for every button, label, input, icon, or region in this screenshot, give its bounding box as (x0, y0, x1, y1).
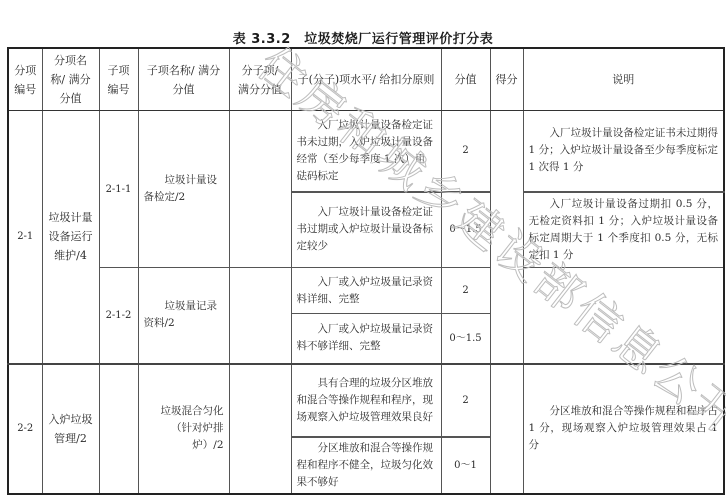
criterion-cell: 分区堆放和混合等操作规程和程序不健全，垃圾匀化效果不够好 (291, 437, 441, 494)
score-value: 2 (441, 268, 490, 314)
header-score-value: 分值 (441, 48, 490, 111)
score-value: 2 (441, 364, 490, 437)
criterion-cell: 入厂或入炉垃圾量记录资料不够详细、完整 (291, 314, 441, 364)
header-item-number: 分项 编号 (8, 48, 42, 111)
subitem-name: 垃圾量记录资料/2 (138, 268, 229, 364)
criterion-cell: 具有合理的垃圾分区堆放和混合等操作规程和程序，现场观察入炉垃圾管理效果良好 (291, 364, 441, 437)
score-value: 2 (441, 111, 490, 192)
sub-subitem-cell (229, 268, 291, 364)
header-subitem-number: 子项 编号 (99, 48, 138, 111)
obtained-score-cell[interactable] (490, 364, 523, 494)
header-item-name: 分项名称/ 满分分值 (42, 48, 99, 111)
table-row: 2-1-2 垃圾量记录资料/2 入厂或入炉垃圾量记录资料详细、完整 2 (8, 268, 724, 314)
description-cell: 分区堆放和混合等操作规程和程序占 1 分，现场观察入炉垃圾管理效果占 1 分 (523, 364, 724, 494)
subitem-number: 2-1-2 (99, 268, 138, 364)
obtained-score-cell[interactable] (490, 111, 523, 364)
subitem-number (99, 364, 138, 494)
section-name: 入炉垃圾管理/2 (42, 364, 99, 494)
section-number: 2-1 (8, 111, 42, 364)
criterion-cell: 入厂或入炉垃圾量记录资料详细、完整 (291, 268, 441, 314)
table-row: 2-2 入炉垃圾管理/2 垃圾混合匀化（针对炉排炉）/2 具有合理的垃圾分区堆放… (8, 364, 724, 437)
header-criteria: 子(分子)项水平/ 给扣分原则 (291, 48, 441, 111)
description-cell: 入厂垃圾计量设备检定证书未过期得 1 分；入炉垃圾计量设备至少每季度标定 1 次… (523, 111, 724, 192)
header-description: 说明 (523, 48, 724, 111)
section-number: 2-2 (8, 364, 42, 494)
evaluation-score-table: 分项 编号 分项名称/ 满分分值 子项 编号 子项名称/ 满分分值 分子项/ 满… (7, 47, 725, 495)
score-value: 0～1.5 (441, 192, 490, 268)
score-value: 0～1.5 (441, 314, 490, 364)
score-value: 0～1 (441, 437, 490, 494)
sub-subitem-cell (229, 364, 291, 494)
description-cell: 入厂垃圾计量设备过期扣 0.5 分，无检定资料扣 1 分；入炉垃圾计量设备标定周… (523, 192, 724, 268)
subitem-name: 垃圾计量设备检定/2 (138, 111, 229, 268)
subitem-number: 2-1-1 (99, 111, 138, 268)
table-row: 2-1 垃圾计量设备运行维护/4 2-1-1 垃圾计量设备检定/2 入厂垃圾计量… (8, 111, 724, 192)
sub-subitem-cell (229, 111, 291, 268)
table-title: 表 3.3.2 垃圾焚烧厂运行管理评价打分表 (0, 28, 726, 47)
criterion-cell: 入厂垃圾计量设备检定证书未过期，入炉垃圾计量设备经常（至少每季度 1 次）用砝码… (291, 111, 441, 192)
subitem-name: 垃圾混合匀化（针对炉排炉）/2 (138, 364, 229, 494)
section-name: 垃圾计量设备运行维护/4 (42, 111, 99, 364)
criterion-cell: 入厂垃圾计量设备检定证书过期或入炉垃圾计量设备标定较少 (291, 192, 441, 268)
header-subitem-name: 子项名称/ 满分分值 (138, 48, 229, 111)
header-row: 分项 编号 分项名称/ 满分分值 子项 编号 子项名称/ 满分分值 分子项/ 满… (8, 48, 724, 111)
header-sub-subitem: 分子项/ 满分分值 (229, 48, 291, 111)
description-cell (523, 268, 724, 364)
header-obtained-score: 得分 (490, 48, 523, 111)
